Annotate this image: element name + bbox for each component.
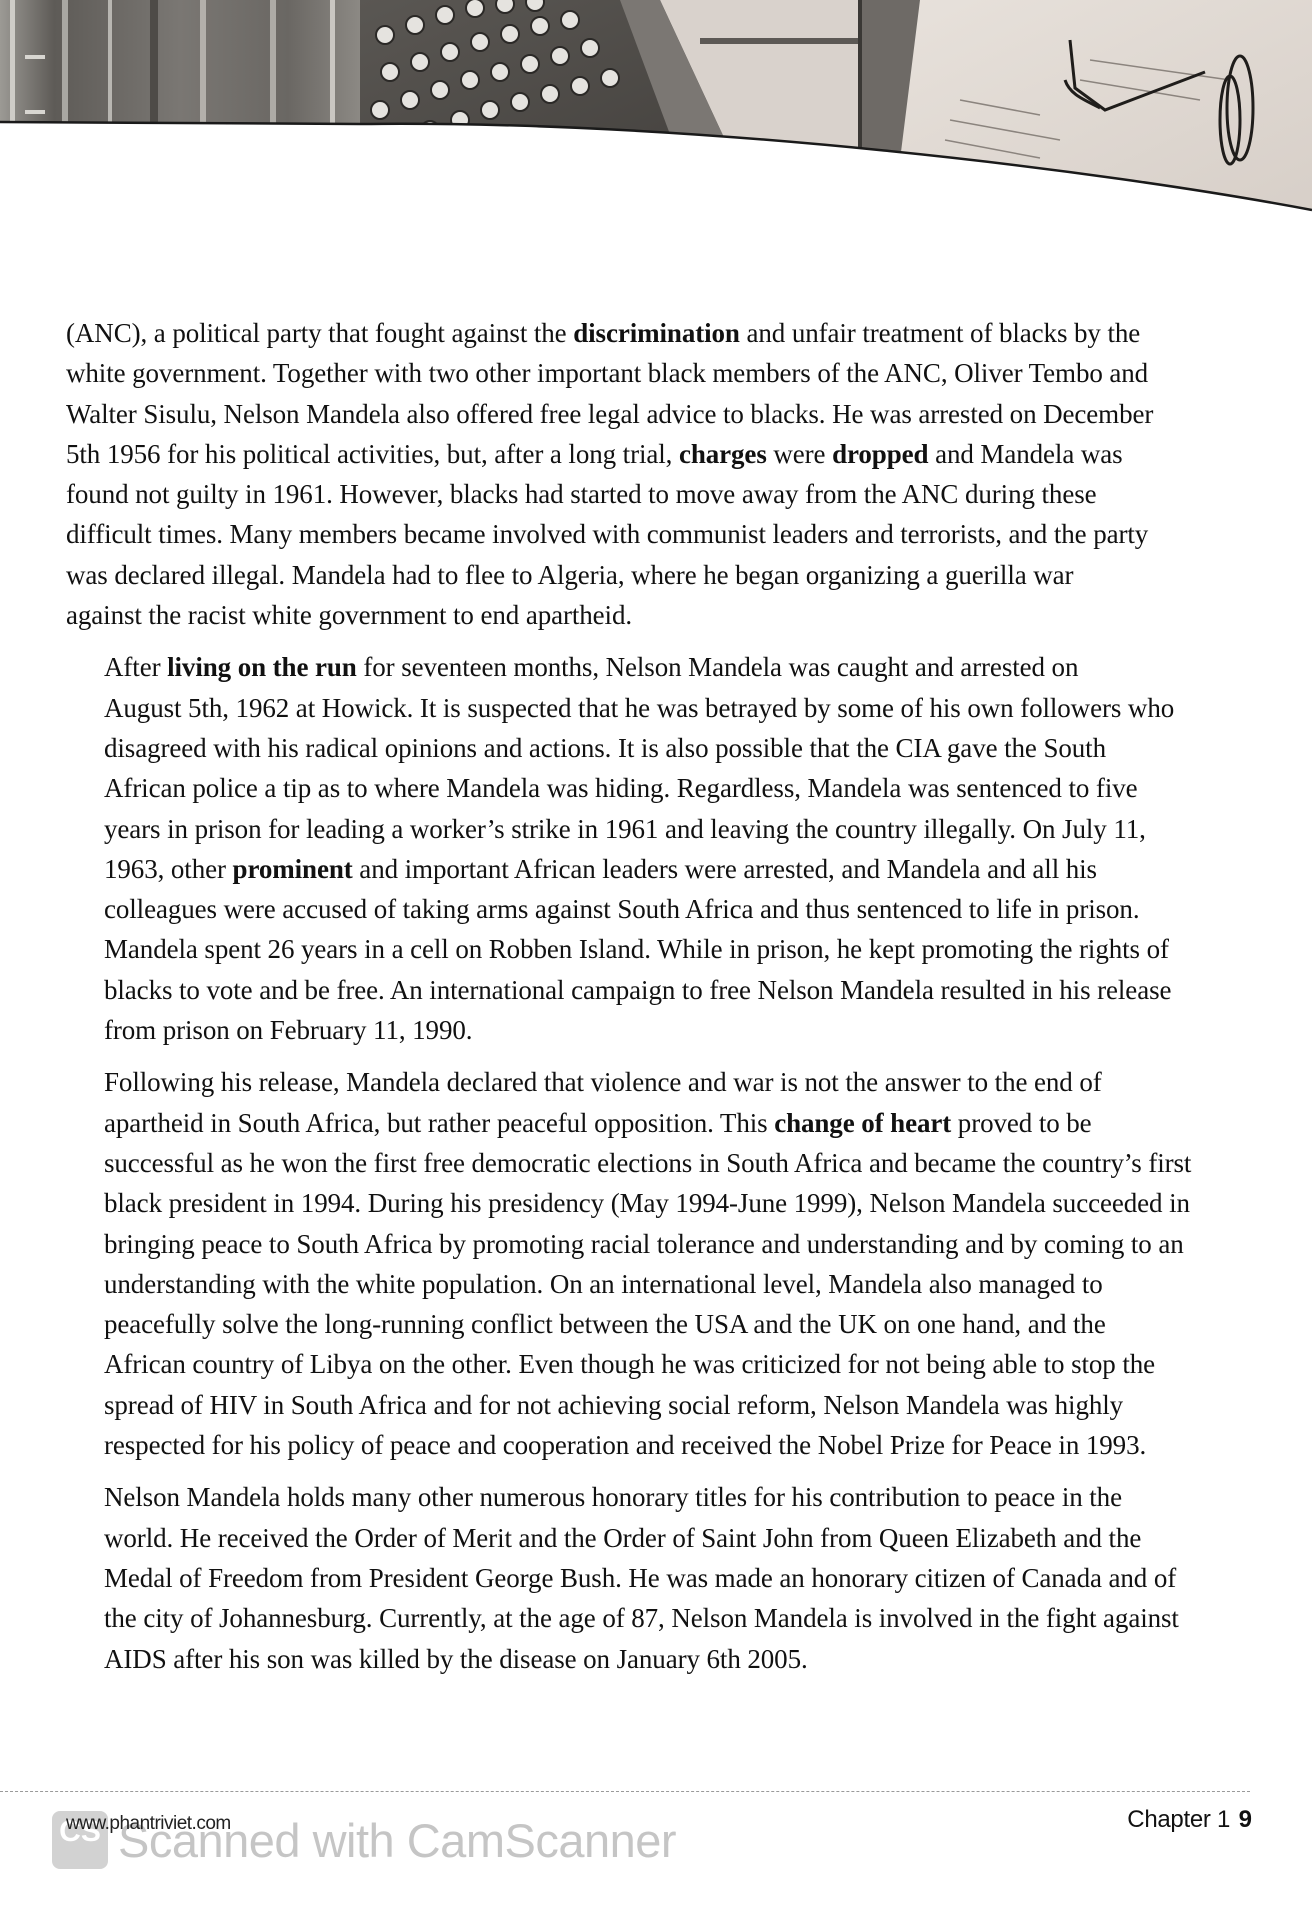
page-number: 9	[1239, 1806, 1252, 1834]
text-run: difficult times. Many members became inv…	[66, 519, 1148, 549]
text-run: were	[767, 439, 832, 469]
text-run: and Mandela was	[928, 439, 1122, 469]
text-line: After living on the run for seventeen mo…	[66, 647, 1246, 687]
text-run: spread of HIV in South Africa and for no…	[104, 1390, 1123, 1420]
text-run: Walter Sisulu, Nelson Mandela also offer…	[66, 399, 1153, 429]
text-line: blacks to vote and be free. An internati…	[66, 970, 1246, 1010]
text-line: disagreed with his radical opinions and …	[66, 728, 1246, 768]
article-body: (ANC), a political party that fought aga…	[66, 313, 1246, 1691]
footer-website-link[interactable]: www.phantriviet.com	[66, 1813, 231, 1835]
text-run: Nelson Mandela holds many other numerous…	[104, 1482, 1122, 1512]
text-run: white government. Together with two othe…	[66, 358, 1148, 388]
text-run: 5th 1956 for his political activities, b…	[66, 439, 679, 469]
text-line: the city of Johannesburg. Currently, at …	[66, 1598, 1246, 1638]
text-run: and unfair treatment of blacks by the	[740, 318, 1140, 348]
text-line: difficult times. Many members became inv…	[66, 514, 1246, 554]
text-line: peacefully solve the long-running confli…	[66, 1304, 1246, 1344]
vocabulary-term: change of heart	[774, 1108, 951, 1138]
text-run: the city of Johannesburg. Currently, at …	[104, 1603, 1179, 1633]
text-run: After	[104, 652, 167, 682]
eyeglasses-on-paper-photo	[862, 0, 1312, 215]
text-line: Nelson Mandela holds many other numerous…	[66, 1477, 1246, 1517]
footer-chapter-label: Chapter 1	[1127, 1806, 1230, 1834]
text-line: African police a tip as to where Mandela…	[66, 768, 1246, 808]
text-line: 5th 1956 for his political activities, b…	[66, 434, 1246, 474]
text-line: colleagues were accused of taking arms a…	[66, 889, 1246, 929]
article-paragraph: After living on the run for seventeen mo…	[66, 647, 1246, 1050]
books-photo	[0, 0, 360, 215]
vocabulary-term: living on the run	[167, 652, 357, 682]
article-paragraph: (ANC), a political party that fought aga…	[66, 313, 1246, 635]
text-line: AIDS after his son was killed by the dis…	[66, 1639, 1246, 1679]
text-run: for seventeen months, Nelson Mandela was…	[357, 652, 1079, 682]
text-run: Following his release, Mandela declared …	[104, 1067, 1102, 1097]
text-line: respected for his policy of peace and co…	[66, 1425, 1246, 1465]
text-run: bringing peace to South Africa by promot…	[104, 1229, 1184, 1259]
text-line: found not guilty in 1961. However, black…	[66, 474, 1246, 514]
vocabulary-term: charges	[679, 439, 767, 469]
text-run: and important African leaders were arres…	[353, 854, 1097, 884]
text-run: apartheid in South Africa, but rather pe…	[104, 1108, 774, 1138]
text-line: apartheid in South Africa, but rather pe…	[66, 1103, 1246, 1143]
text-line: spread of HIV in South Africa and for no…	[66, 1385, 1246, 1425]
text-run: Medal of Freedom from President George B…	[104, 1563, 1176, 1593]
text-run: disagreed with his radical opinions and …	[104, 733, 1106, 763]
text-run: AIDS after his son was killed by the dis…	[104, 1644, 808, 1674]
text-run: was declared illegal. Mandela had to fle…	[66, 560, 1073, 590]
text-run: colleagues were accused of taking arms a…	[104, 894, 1139, 924]
footer-divider	[0, 1791, 1250, 1792]
text-run: proved to be	[951, 1108, 1091, 1138]
text-run: years in prison for leading a worker’s s…	[104, 814, 1146, 844]
text-run: against the racist white government to e…	[66, 600, 632, 630]
text-run: world. He received the Order of Merit an…	[104, 1523, 1141, 1553]
text-line: understanding with the white population.…	[66, 1264, 1246, 1304]
text-run: peacefully solve the long-running confli…	[104, 1309, 1106, 1339]
text-line: bringing peace to South Africa by promot…	[66, 1224, 1246, 1264]
vocabulary-term: discrimination	[573, 318, 740, 348]
text-line: was declared illegal. Mandela had to fle…	[66, 555, 1246, 595]
text-run: from prison on February 11, 1990.	[104, 1015, 472, 1045]
text-run: blacks to vote and be free. An internati…	[104, 975, 1171, 1005]
text-line: years in prison for leading a worker’s s…	[66, 809, 1246, 849]
text-line: black president in 1994. During his pres…	[66, 1183, 1246, 1223]
header-photo-banner	[0, 0, 1312, 215]
text-line: African country of Libya on the other. E…	[66, 1344, 1246, 1384]
text-run: understanding with the white population.…	[104, 1269, 1103, 1299]
text-line: against the racist white government to e…	[66, 595, 1246, 635]
text-run: August 5th, 1962 at Howick. It is suspec…	[104, 693, 1174, 723]
article-paragraph: Nelson Mandela holds many other numerous…	[66, 1477, 1246, 1678]
banner-photo-collage	[0, 0, 1312, 215]
text-run: Mandela spent 26 years in a cell on Robb…	[104, 934, 1169, 964]
vocabulary-term: prominent	[233, 854, 353, 884]
text-run: respected for his policy of peace and co…	[104, 1430, 1146, 1460]
text-line: world. He received the Order of Merit an…	[66, 1518, 1246, 1558]
vocabulary-term: dropped	[832, 439, 928, 469]
article-paragraph: Following his release, Mandela declared …	[66, 1062, 1246, 1465]
text-line: August 5th, 1962 at Howick. It is suspec…	[66, 688, 1246, 728]
text-run: successful as he won the first free demo…	[104, 1148, 1191, 1178]
text-run: (ANC), a political party that fought aga…	[66, 318, 573, 348]
text-line: 1963, other prominent and important Afri…	[66, 849, 1246, 889]
text-line: Medal of Freedom from President George B…	[66, 1558, 1246, 1598]
text-line: successful as he won the first free demo…	[66, 1143, 1246, 1183]
text-run: African police a tip as to where Mandela…	[104, 773, 1138, 803]
text-line: (ANC), a political party that fought aga…	[66, 313, 1246, 353]
text-run: black president in 1994. During his pres…	[104, 1188, 1190, 1218]
text-line: Mandela spent 26 years in a cell on Robb…	[66, 929, 1246, 969]
text-run: 1963, other	[104, 854, 233, 884]
text-line: white government. Together with two othe…	[66, 353, 1246, 393]
text-line: Following his release, Mandela declared …	[66, 1062, 1246, 1102]
text-run: African country of Libya on the other. E…	[104, 1349, 1155, 1379]
text-line: from prison on February 11, 1990.	[66, 1010, 1246, 1050]
text-run: found not guilty in 1961. However, black…	[66, 479, 1097, 509]
text-line: Walter Sisulu, Nelson Mandela also offer…	[66, 394, 1246, 434]
